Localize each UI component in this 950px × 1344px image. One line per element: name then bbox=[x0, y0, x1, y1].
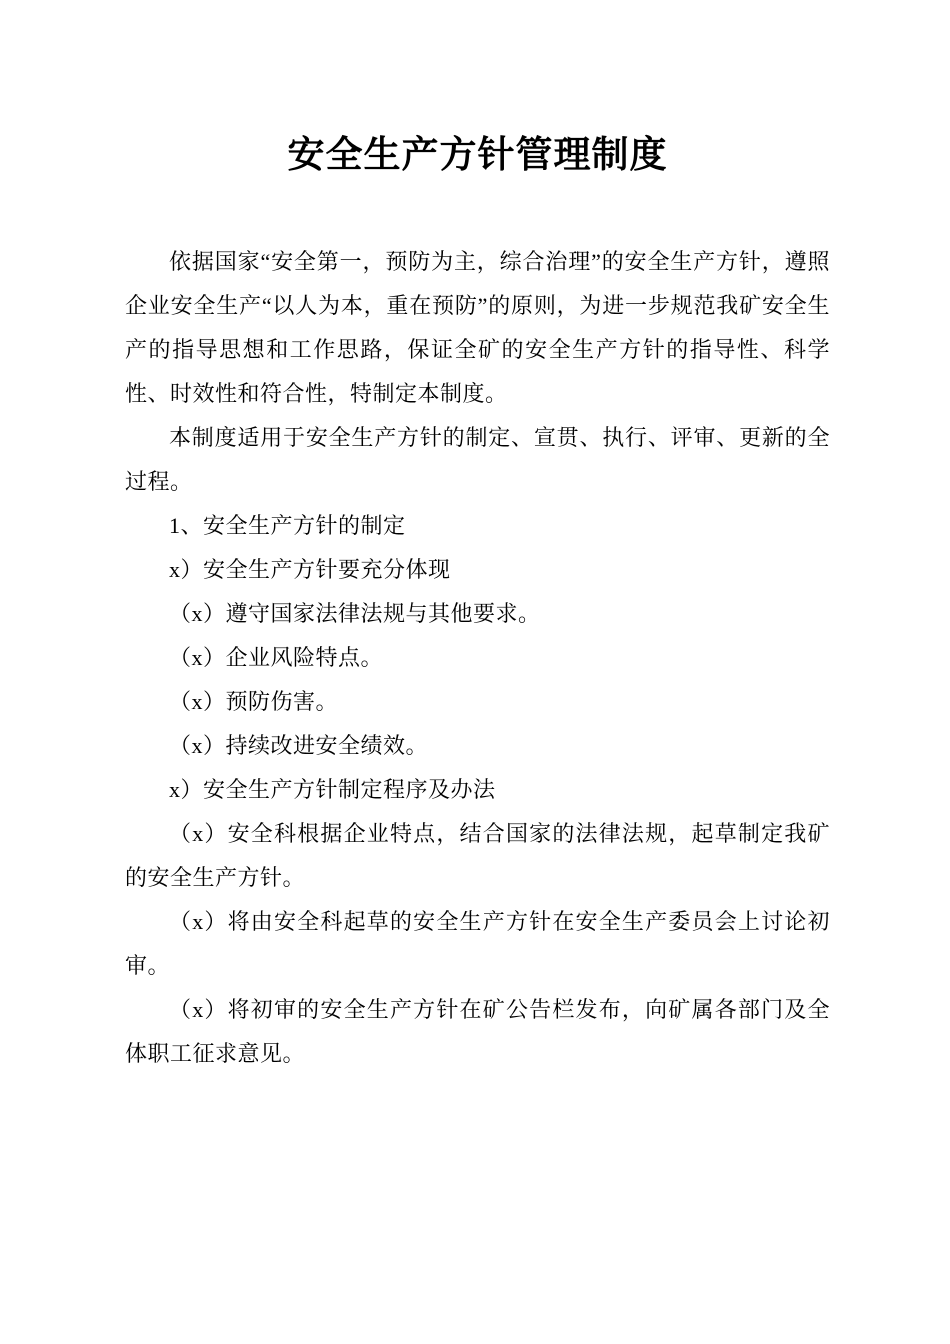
document-page: 安全生产方针管理制度 依据国家“安全第一，预防为主，综合治理”的安全生产方针，遵… bbox=[0, 0, 950, 1344]
paragraph-subitem-3: （x）预防伤害。 bbox=[125, 680, 830, 724]
paragraph-item-x2: x）安全生产方针制定程序及办法 bbox=[125, 768, 830, 812]
paragraph-subitem-6: （x）将由安全科起草的安全生产方针在安全生产委员会上讨论初审。 bbox=[125, 900, 830, 988]
paragraph-item-x1: x）安全生产方针要充分体现 bbox=[125, 548, 830, 592]
paragraph-intro: 依据国家“安全第一，预防为主，综合治理”的安全生产方针，遵照企业安全生产“以人为… bbox=[125, 240, 830, 416]
paragraph-scope: 本制度适用于安全生产方针的制定、宣贯、执行、评审、更新的全过程。 bbox=[125, 416, 830, 504]
paragraph-subitem-4: （x）持续改进安全绩效。 bbox=[125, 724, 830, 768]
paragraph-section-1: 1、安全生产方针的制定 bbox=[125, 504, 830, 548]
document-title: 安全生产方针管理制度 bbox=[125, 132, 830, 180]
paragraph-subitem-7: （x）将初审的安全生产方针在矿公告栏发布，向矿属各部门及全体职工征求意见。 bbox=[125, 988, 830, 1076]
paragraph-subitem-1: （x）遵守国家法律法规与其他要求。 bbox=[125, 592, 830, 636]
document-body: 依据国家“安全第一，预防为主，综合治理”的安全生产方针，遵照企业安全生产“以人为… bbox=[125, 240, 830, 1076]
paragraph-subitem-2: （x）企业风险特点。 bbox=[125, 636, 830, 680]
paragraph-subitem-5: （x）安全科根据企业特点，结合国家的法律法规，起草制定我矿的安全生产方针。 bbox=[125, 812, 830, 900]
